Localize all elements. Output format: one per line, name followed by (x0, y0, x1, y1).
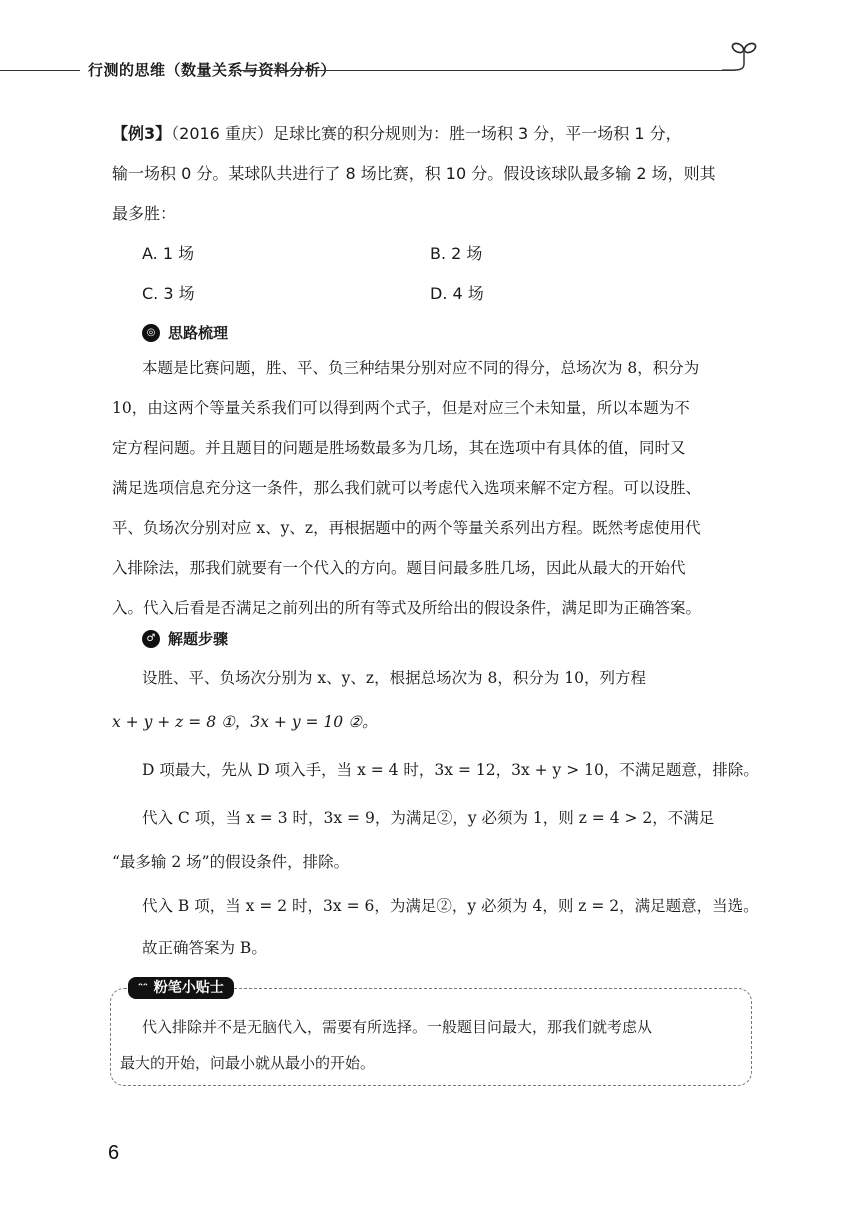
question-text-1: 足球比赛的积分规则为：胜一场积 3 分，平一场积 1 分， (273, 124, 682, 143)
solution-heading: ♂ 解题步骤 (142, 628, 228, 649)
question-line-1: 【例3】（2016 重庆）足球比赛的积分规则为：胜一场积 3 分，平一场积 1 … (112, 124, 682, 144)
tip-badge: ᵔᵔ 粉笔小贴士 (128, 977, 234, 999)
solution-line: 代入 C 项，当 x = 3 时，3x = 9，为满足②，y 必须为 1，则 z… (142, 808, 782, 828)
solution-heading-label: 解题步骤 (168, 628, 228, 649)
tip-line: 最大的开始，问最小就从最小的开始。 (120, 1053, 375, 1073)
header-rule-left (0, 70, 80, 71)
question-source: （2016 重庆） (171, 124, 273, 143)
sprout-icon (722, 40, 762, 74)
tip-badge-label: 粉笔小贴士 (154, 977, 224, 999)
disc-icon: ◎ (142, 324, 160, 342)
analysis-heading: ◎ 思路梳理 (142, 322, 228, 343)
question-line-3: 最多胜： (112, 204, 176, 224)
option-a: A. 1 场 (142, 244, 194, 264)
key-icon: ♂ (142, 630, 160, 648)
header-rule-right (232, 70, 735, 71)
solution-line: D 项最大，先从 D 项入手，当 x = 4 时，3x = 12，3x + y … (142, 760, 782, 780)
option-c: C. 3 场 (142, 284, 195, 304)
analysis-line: 满足选项信息充分这一条件，那么我们就可以考虑代入选项来解不定方程。可以设胜、 (112, 478, 752, 498)
solution-line: “最多输 2 场”的假设条件，排除。 (112, 852, 752, 872)
analysis-line: 入排除法，那我们就要有一个代入的方向。题目问最多胜几场，因此从最大的开始代 (112, 558, 752, 578)
analysis-line: 本题是比赛问题，胜、平、负三种结果分别对应不同的得分，总场次为 8，积分为 (142, 358, 782, 378)
sprout-icon: ᵔᵔ (138, 977, 148, 999)
option-b: B. 2 场 (430, 244, 482, 264)
analysis-line: 10，由这两个等量关系我们可以得到两个式子，但是对应三个未知量，所以本题为不 (112, 398, 752, 418)
solution-line: 代入 B 项，当 x = 2 时，3x = 6，为满足②，y 必须为 4，则 z… (142, 896, 782, 916)
analysis-heading-label: 思路梳理 (168, 322, 228, 343)
analysis-line: 入。代入后看是否满足之前列出的所有等式及所给出的假设条件，满足即为正确答案。 (112, 598, 752, 618)
solution-line: 设胜、平、负场次分别为 x、y、z，根据总场次为 8，积分为 10，列方程 (142, 668, 782, 688)
option-d: D. 4 场 (430, 284, 484, 304)
analysis-line: 平、负场次分别对应 x、y、z，再根据题中的两个等量关系列出方程。既然考虑使用代 (112, 518, 752, 538)
solution-equation: x + y + z = 8 ①，3x + y = 10 ②。 (112, 712, 752, 732)
question-line-2: 输一场积 0 分。某球队共进行了 8 场比赛，积 10 分。假设该球队最多输 2… (112, 164, 716, 184)
page-number: 6 (108, 1142, 119, 1165)
analysis-line: 定方程问题。并且题目的问题是胜场数最多为几场，其在选项中有具体的值，同时又 (112, 438, 752, 458)
question-tag: 【例3】 (112, 124, 171, 143)
tip-line: 代入排除并不是无脑代入，需要有所选择。一般题目问最大，那我们就考虑从 (142, 1017, 652, 1037)
solution-answer: 故正确答案为 B。 (142, 938, 782, 958)
